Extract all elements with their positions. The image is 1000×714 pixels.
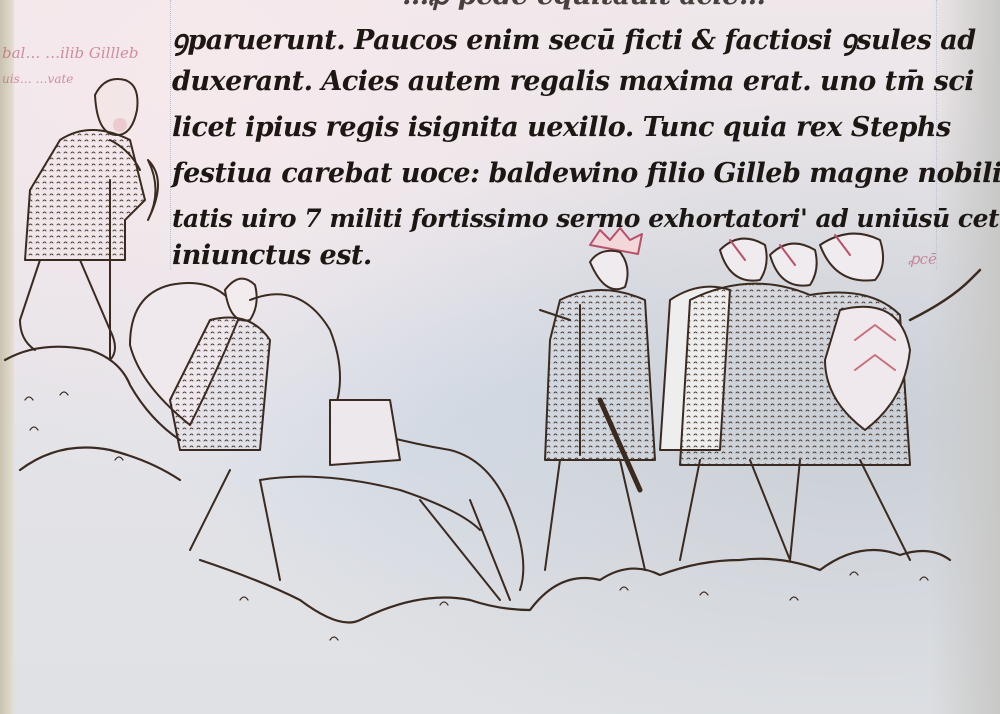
figure-knight-group bbox=[660, 234, 980, 560]
figure-king-stephen bbox=[540, 228, 655, 570]
manuscript-page: bal… …ilib Gillleb uis… …vate ꝓcē …ꝓ ped… bbox=[0, 0, 1000, 714]
figure-mounted-knight bbox=[130, 279, 523, 600]
illustration bbox=[0, 0, 1000, 714]
